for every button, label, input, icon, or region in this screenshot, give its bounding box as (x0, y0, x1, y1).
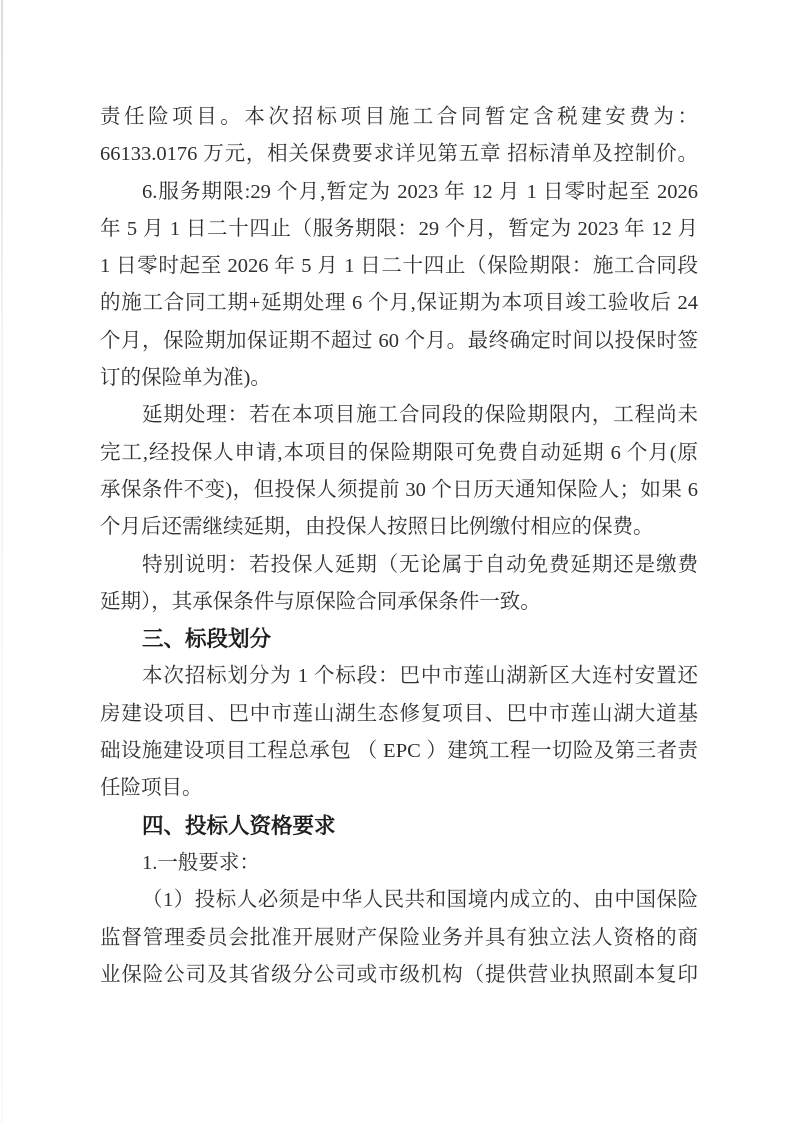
document-line: 订的保险单为准)。 (100, 360, 698, 397)
scan-edge-artifact (1, 0, 3, 1123)
document-line: 延期），其承保条件与原保险合同承保条件一致。 (100, 584, 698, 621)
document-body: 责任险项目。本次招标项目施工合同暂定含税建安费为：66133.0176 万元，相… (100, 99, 698, 994)
section-heading: 四、投标人资格要求 (100, 808, 698, 845)
document-line: 责任险项目。本次招标项目施工合同暂定含税建安费为： (100, 99, 698, 136)
document-page: 责任险项目。本次招标项目施工合同暂定含税建安费为：66133.0176 万元，相… (0, 0, 794, 1123)
document-line: 66133.0176 万元，相关保费要求详见第五章 招标清单及控制价。 (100, 136, 698, 173)
document-line: 6.服务期限:29 个月,暂定为 2023 年 12 月 1 日零时起至 202… (100, 174, 698, 211)
document-line: 房建设项目、巴中市莲山湖生态修复项目、巴中市莲山湖大道基 (100, 696, 698, 733)
document-line: 的施工合同工期+延期处理 6 个月,保证期为本项目竣工验收后 24 (100, 285, 698, 322)
document-line: 本次招标划分为 1 个标段：巴中市莲山湖新区大连村安置还 (100, 658, 698, 695)
document-line: 个月后还需继续延期，由投保人按照日比例缴付相应的保费。 (100, 509, 698, 546)
document-line: 完工,经投保人申请,本项目的保险期限可免费自动延期 6 个月(原 (100, 435, 698, 472)
document-line: 础设施建设项目工程总承包 （ EPC ）建筑工程一切险及第三者责 (100, 733, 698, 770)
document-line: 延期处理：若在本项目施工合同段的保险期限内，工程尚未 (100, 397, 698, 434)
document-line: 监督管理委员会批准开展财产保险业务并具有独立法人资格的商 (100, 920, 698, 957)
document-line: 承保条件不变)，但投保人须提前 30 个日历天通知保险人；如果 6 (100, 472, 698, 509)
section-heading: 三、标段划分 (100, 621, 698, 658)
document-line: 年 5 月 1 日二十四止（服务期限：29 个月，暂定为 2023 年 12 月 (100, 211, 698, 248)
document-line: 个月，保险期加保证期不超过 60 个月。最终确定时间以投保时签 (100, 323, 698, 360)
document-line: 1.一般要求： (100, 845, 698, 882)
document-line: 特别说明：若投保人延期（无论属于自动免费延期还是缴费 (100, 547, 698, 584)
document-line: 业保险公司及其省级分公司或市级机构（提供营业执照副本复印 (100, 957, 698, 994)
document-line: 1 日零时起至 2026 年 5 月 1 日二十四止（保险期限：施工合同段 (100, 248, 698, 285)
document-line: （1）投标人必须是中华人民共和国境内成立的、由中国保险 (100, 882, 698, 919)
document-line: 任险项目。 (100, 770, 698, 807)
